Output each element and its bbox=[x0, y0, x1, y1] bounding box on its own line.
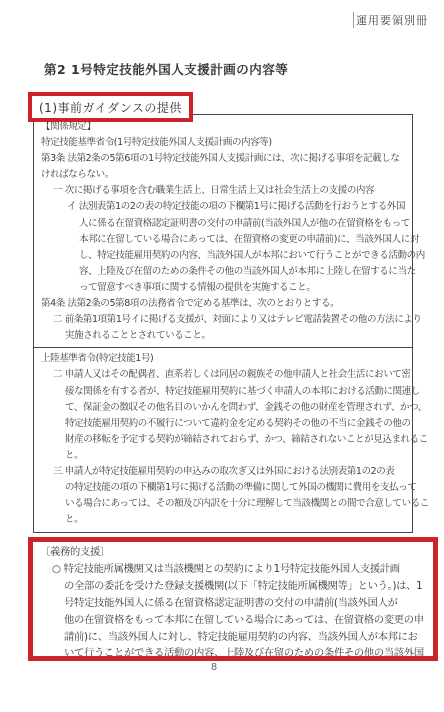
section-label-highlight-box: (1)事前ガイダンスの提供 bbox=[28, 92, 193, 122]
mandatory-support-highlight-box: 〔義務的支援〕 ○ 特定技能所属機関又は当該機関との契約により1号特定技能外国人… bbox=[28, 537, 438, 661]
mandatory-support-label: 〔義務的支援〕 bbox=[40, 544, 426, 561]
text-line: 請前)に、当該外国人に対し、特定技能雇用契約の内容、当該外国人が本邦にお bbox=[40, 629, 426, 646]
text-line: し、特定技能雇用契約の内容、当該外国人が本邦において行うことができる活動の内 bbox=[41, 248, 405, 264]
page-number: 8 bbox=[0, 662, 428, 673]
text-line: 接な関係を有する者が、特定技能雇用契約に基づく申請人の本邦における活動に関連し bbox=[41, 384, 405, 400]
text-line: イ 法別表第1の2の表の特定技能の項の下欄第1号に掲げる活動を行おうとする外国 bbox=[41, 199, 405, 215]
text-line: 三 申請人が特定技能雇用契約の申込みの取次ぎ又は外国における法別表第1の2の表 bbox=[41, 464, 405, 480]
page-title: 第2 1号特定技能外国人支援計画の内容等 bbox=[44, 60, 288, 78]
section-label: (1)事前ガイダンスの提供 bbox=[39, 101, 182, 115]
text-line: 二 申請人又はその配偶者、直系若しくは同居の親族その他申請人と社会生活において密 bbox=[41, 367, 405, 383]
text-line: の全部の委託を受けた登録支援機関(以下「特定技能所属機関等」という。)は、1 bbox=[40, 578, 426, 595]
text-line: 一 次に掲げる事項を含む職業生活上、日常生活上又は社会生活上の支援の内容 bbox=[41, 183, 405, 199]
text-line: いる場合にあっては、その額及び内訳を十分に理解して当該機関との間で合意しているこ bbox=[41, 496, 405, 512]
text-line: 実施されることとされていること。 bbox=[41, 328, 405, 344]
text-line: と。 bbox=[41, 512, 405, 528]
box-divider bbox=[34, 347, 412, 348]
text-line: いて行うことができる活動の内容、上陸及び在留のための条件その他の当該外国 bbox=[40, 645, 426, 661]
text-line: ければならない。 bbox=[41, 167, 405, 183]
text-line: 特定技能雇用契約の不履行について違約金を定める契約その他の不当に金銭その他の bbox=[41, 416, 405, 432]
text-line: 第4条 法第2条の5第8項の法務省令で定める基準は、次のとおりとする。 bbox=[41, 296, 405, 312]
text-line: 本邦に在留している場合にあっては、在留資格の変更の申請前)に、当該外国人に対 bbox=[41, 232, 405, 248]
text-line: 財産の移転を予定する契約が締結されておらず、かつ、締結されないことが見込まれるこ bbox=[41, 432, 405, 448]
text-line: 人に係る在留資格認定証明書の交付の申請前(当該外国人が他の在留資格をもって bbox=[41, 216, 405, 232]
header-note: 運用要領別冊 bbox=[353, 12, 428, 28]
text-line: 容、上陸及び在留のための条件その他の当該外国人が本邦に上陸し在留するに当た bbox=[41, 264, 405, 280]
text-line: 他の在留資格をもって本邦に在留している場合にあっては、在留資格の変更の申 bbox=[40, 612, 426, 629]
document-page: 運用要領別冊 第2 1号特定技能外国人支援計画の内容等 (1)事前ガイダンスの提… bbox=[0, 0, 444, 712]
text-line: 上陸基準省令(特定技能1号) bbox=[41, 351, 405, 367]
related-regulations-box: 【関係規定】 特定技能基準省令(1号特定技能外国人支援計画の内容等) 第3条 法… bbox=[33, 114, 413, 533]
text-line: 特定技能基準省令(1号特定技能外国人支援計画の内容等) bbox=[41, 135, 405, 151]
text-line: と。 bbox=[41, 448, 405, 464]
text-line: ○ 特定技能所属機関又は当該機関との契約により1号特定技能外国人支援計画 bbox=[40, 561, 426, 578]
text-line: 号特定技能外国人に係る在留資格認定証明書の交付の申請前(当該外国人が bbox=[40, 595, 426, 612]
text-line: 第3条 法第2条の5第6項の1号特定技能外国人支援計画には、次に掲げる事項を記載… bbox=[41, 151, 405, 167]
text-line: て、保証金の徴収その他名目のいかんを問わず、金銭その他の財産を管理されず、かつ、 bbox=[41, 400, 405, 416]
text-line: の特定技能の項の下欄第1号に掲げる活動の準備に関して外国の機関に費用を支払って bbox=[41, 480, 405, 496]
text-line: 二 前条第1項第1号イに掲げる支援が、対面により又はテレビ電話装置その他の方法に… bbox=[41, 312, 405, 328]
text-line: って留意すべき事項に関する情報の提供を実施すること。 bbox=[41, 280, 405, 296]
